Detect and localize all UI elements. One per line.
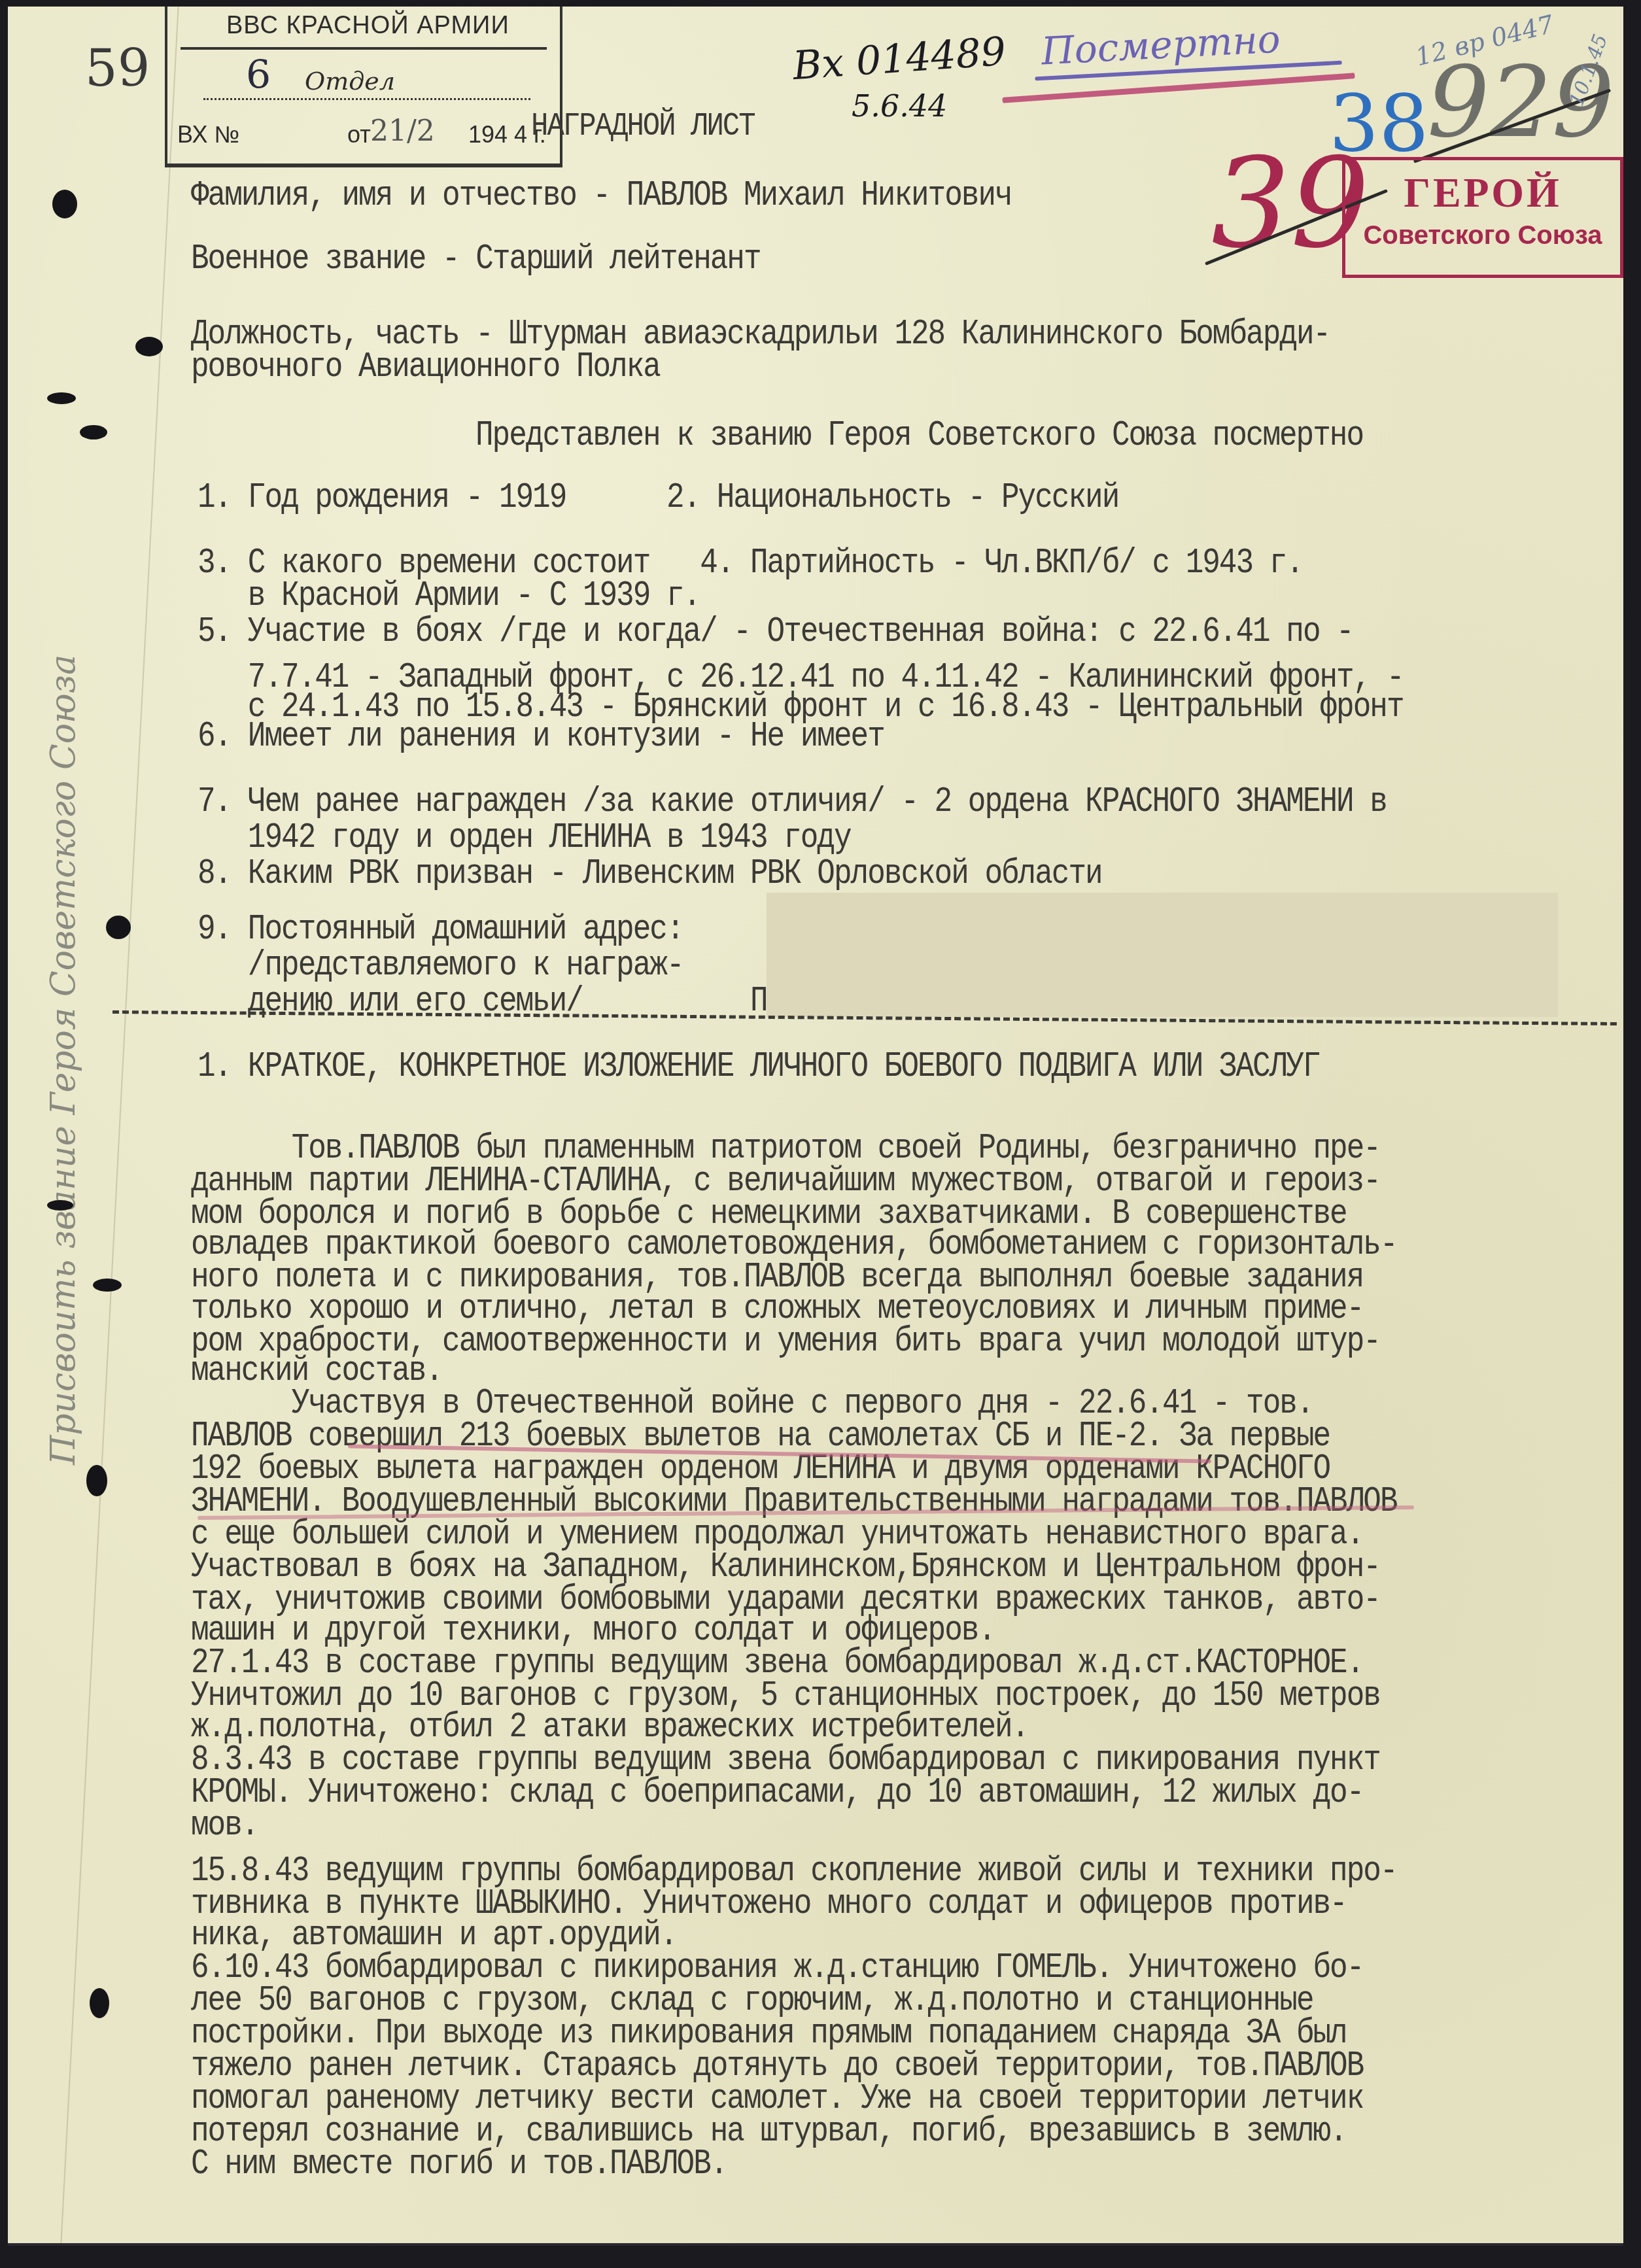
item-9-line1: 9. Постоянный домашний адрес: bbox=[198, 909, 683, 950]
section-heading: 1. КРАТКОЕ, КОНКРЕТНОЕ ИЗЛОЖЕНИЕ ЛИЧНОГО… bbox=[198, 1046, 1320, 1087]
item-6: 6. Имеет ли ранения и контузии - Не имее… bbox=[198, 716, 884, 757]
stamp-dotted-line bbox=[203, 98, 530, 100]
page-number: 59 bbox=[85, 39, 150, 98]
narrative-line: КРОМЫ. Уничтожено: склад с боеприпасами,… bbox=[191, 1772, 1363, 1813]
punch-hole bbox=[93, 1279, 122, 1292]
field-rank: Военное звание - Старший лейтенант bbox=[191, 239, 761, 279]
hero-stamp-line2: Советского Союза bbox=[1345, 219, 1620, 252]
stamp-divider bbox=[181, 47, 547, 50]
item-5-line1: 5. Участие в боях /где и когда/ - Отечес… bbox=[198, 611, 1353, 652]
narrative-line: мов. bbox=[191, 1805, 258, 1846]
punch-hole bbox=[47, 392, 76, 404]
stamp-department-number: 6 bbox=[246, 52, 271, 98]
punch-hole bbox=[106, 916, 131, 939]
item-7-line2: 1942 году и орден ЛЕНИНА в 1943 году bbox=[198, 817, 851, 858]
field-position-line2: ровочного Авиационного Полка bbox=[191, 347, 660, 387]
nomination-line: Представлен к званию Героя Советского Со… bbox=[475, 415, 1363, 456]
hero-stamp-line1: ГЕРОЙ bbox=[1345, 167, 1620, 219]
stamp-date-label: от bbox=[347, 121, 371, 148]
redacted-address bbox=[767, 893, 1558, 1017]
item-1-2: 1. Год рождения - 1919 2. Национальность… bbox=[198, 477, 1118, 518]
punch-hole bbox=[135, 337, 163, 356]
punch-hole bbox=[52, 190, 77, 218]
document-title: НАГРАДНОЙ ЛИСТ bbox=[531, 106, 755, 146]
incoming-number-handwritten: Вх 014489 bbox=[791, 29, 1007, 90]
stamp-date-value: 21/2 bbox=[370, 114, 435, 148]
margin-resolution-note: Присвоить звание Героя Советского Союза bbox=[44, 655, 83, 1465]
hero-soviet-union-stamp: ГЕРОЙ Советского Союза bbox=[1342, 157, 1623, 278]
item-7-line1: 7. Чем ранее награжден /за какие отличия… bbox=[198, 782, 1387, 822]
item-9-line2: /представляемого к награж- bbox=[198, 945, 683, 986]
punch-hole bbox=[86, 1465, 107, 1496]
award-sheet-page: 59 ВВС КРАСНОЙ АРМИИ 6 Отдел ВХ № от 21/… bbox=[8, 7, 1623, 2246]
incoming-date-handwritten: 5.6.44 bbox=[852, 88, 947, 124]
stamp-incoming-label: ВХ № bbox=[177, 121, 239, 148]
item-3-cont: в Красной Армии - С 1939 г. bbox=[198, 576, 700, 616]
item-8: 8. Каким РВК призван - Ливенским РВК Орл… bbox=[198, 853, 1102, 894]
stamp-title: ВВС КРАСНОЙ АРМИИ bbox=[226, 12, 510, 40]
registration-stamp: ВВС КРАСНОЙ АРМИИ 6 Отдел ВХ № от 21/2 1… bbox=[165, 7, 562, 167]
punch-hole bbox=[80, 425, 107, 439]
punch-hole bbox=[90, 1988, 109, 2018]
stamp-department-label: Отдел bbox=[305, 67, 395, 95]
narrative-line: С ним вместе погиб и тов.ПАВЛОВ. bbox=[191, 2144, 727, 2184]
field-name: Фамилия, имя и отчество - ПАВЛОВ Михаил … bbox=[191, 175, 1012, 216]
punch-hole bbox=[47, 1200, 73, 1211]
